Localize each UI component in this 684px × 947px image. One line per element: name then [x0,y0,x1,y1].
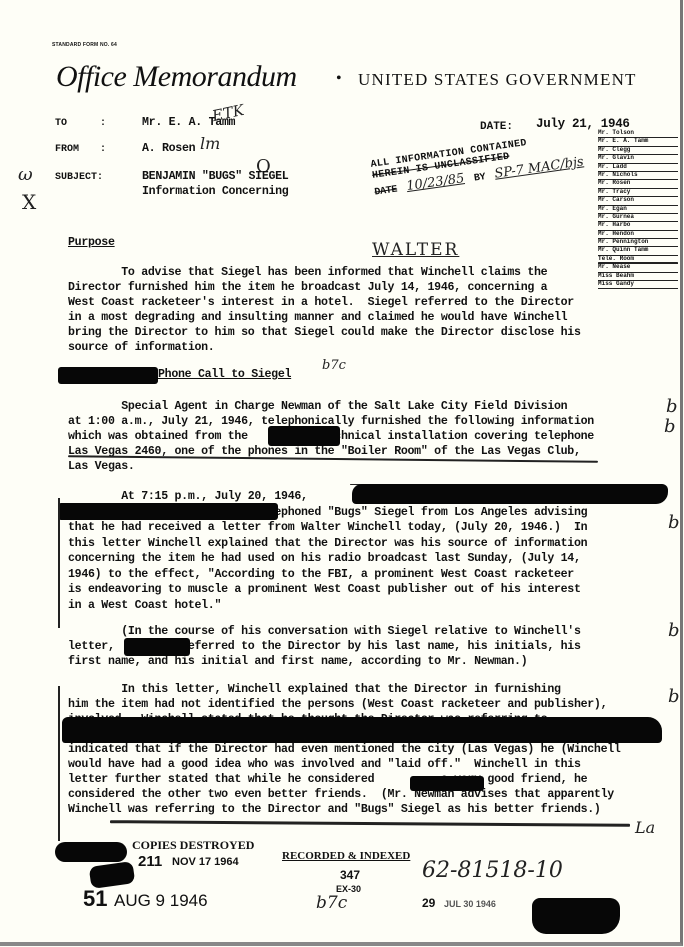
routing-name: Mr. Gurnea [598,213,634,221]
margin-b-2: b [664,416,676,437]
text-line: source of information. [68,341,214,354]
received-number: 51 [83,886,107,912]
routing-entry: Miss Gandy [598,281,678,289]
to-label: TO [55,118,67,129]
declass-date-prefix: DATE [374,185,398,199]
text-line: this letter Winchell explained that the … [68,537,587,550]
text-line: In this letter, Winchell explained that … [68,683,561,696]
file-number: 62-81518-10 [422,858,563,883]
routing-name: Mr. Rosen [598,179,630,187]
underline-stroke [110,820,630,827]
margin-b-3: b [668,512,680,533]
routing-name: Mr. E. A. Tamm [598,137,648,145]
routing-name: Mr. Harbo [598,221,630,229]
routing-name: Mr. Tracy [598,188,630,196]
redaction-block [532,898,620,934]
to-handwritten-initials: ETK [210,101,245,125]
title-bullet: • [336,70,342,88]
copies-date: NOV 17 1964 [172,856,239,868]
text-line: letter further stated that while he cons… [68,773,587,786]
routing-name: Mr. Glavin [598,154,634,162]
date-label: DATE: [480,121,513,133]
text-line: West Coast racketeer's interest in a hot… [68,296,574,309]
file-date-day: 29 [422,896,435,910]
purpose-heading: Purpose [68,236,115,249]
subject-label: SUBJECT: [55,172,103,183]
routing-name: Mr. Hendon [598,230,634,238]
received-date: AUG 9 1946 [114,891,208,911]
routing-divider [598,262,678,263]
closing-initials: La [635,818,655,837]
redaction-block [410,776,484,791]
b7c-note: b7c [322,358,346,373]
copies-number: 211 [138,853,162,870]
routing-name: Miss Beahm [598,272,634,280]
margin-mark-1: ω [18,164,33,185]
redaction-block [352,484,668,504]
redaction-block [89,861,136,889]
margin-bracket [58,498,60,628]
text-line: Special Agent in Charge Newman of the Sa… [68,400,567,413]
file-date: JUL 30 1946 [444,899,496,909]
routing-name: Mr. Nichols [598,171,638,179]
text-line: To advise that Siegel has been informed … [68,266,547,279]
to-colon: : [100,118,106,129]
redaction-block [268,426,340,446]
routing-name: Mr. Ladd [598,163,627,171]
from-colon: : [100,144,106,155]
from-handwritten-initials: lm [200,134,220,153]
routing-list: Mr. TolsonMr. E. A. TammMr. CleggMr. Gla… [598,130,678,289]
text-line: bring the Director to him so that Siegel… [68,326,581,339]
text-line: Las Vegas. [68,460,135,473]
redaction-block [55,842,127,862]
routing-name: Mr. Nease [598,263,630,271]
text-line: is endeavoring to muscle a prominent Wes… [68,583,581,596]
memo-page: STANDARD FORM NO. 64 Office Memorandum •… [0,0,683,946]
agency-name: UNITED STATES GOVERNMENT [358,70,637,90]
recorded-indexed-stamp: RECORDED & INDEXED [282,850,410,862]
from-value: A. Rosen [142,142,195,155]
margin-b-4: b [668,620,680,641]
text-line: in a West Coast hotel." [68,599,221,612]
text-line: him the item had not identified the pers… [68,698,607,711]
redaction-block [58,367,158,384]
redaction-block [58,503,278,520]
text-line: that he had received a letter from Walte… [68,521,587,534]
form-number: STANDARD FORM NO. 64 [52,42,117,48]
phone-call-heading: Phone Call to Siegel [158,368,291,381]
text-line: At 7:15 p.m., July 20, 1946, [68,490,308,503]
text-line: (In the course of his conversation with … [68,625,581,638]
text-line: Winchell was referring to the Director a… [68,803,601,816]
memo-title: Office Memorandum [56,60,297,94]
routing-name: Miss Gandy [598,280,634,288]
text-line: Director furnished him the item he broad… [68,281,547,294]
declassification-stamp: ALL INFORMATION CONTAINED HEREIN IS UNCL… [370,131,585,200]
routing-name: Mr. Quinn Tamm [598,246,648,254]
routing-name: Mr. Carson [598,196,634,204]
text-line: indicated that if the Director had even … [68,743,621,756]
from-label: FROM [55,144,79,155]
margin-bracket [58,686,60,841]
text-line: would have had a good idea who was invol… [68,758,581,771]
recorded-number: 347 [340,868,360,882]
redaction-block [124,638,190,656]
margin-b-1: b [666,396,678,417]
routing-name: Mr. Clegg [598,146,630,154]
copies-destroyed-stamp: COPIES DESTROYED [132,838,254,853]
margin-mark-2: X [22,190,36,214]
text-line: first name, and his initial and first na… [68,655,527,668]
walter-insert: WALTER [372,240,459,260]
text-line: concerning the item he had used on his r… [68,552,581,565]
routing-name: Mr. Egan [598,205,627,213]
routing-name: Mr. Pennington [598,238,648,246]
subject-line-1: BENJAMIN "BUGS" SIEGEL [142,170,288,183]
text-line: 1946) to the effect, "According to the F… [68,568,574,581]
footer-b7c: b7c [316,893,347,913]
declass-by: BY [473,172,486,184]
margin-b-5: b [668,686,680,707]
routing-name: Mr. Tolson [598,129,634,137]
redaction-block [62,717,662,743]
text-line: considered the other two even better fri… [68,788,614,801]
text-line: in a most degrading and insulting manner… [68,311,567,324]
subject-line-2: Information Concerning [142,185,288,198]
